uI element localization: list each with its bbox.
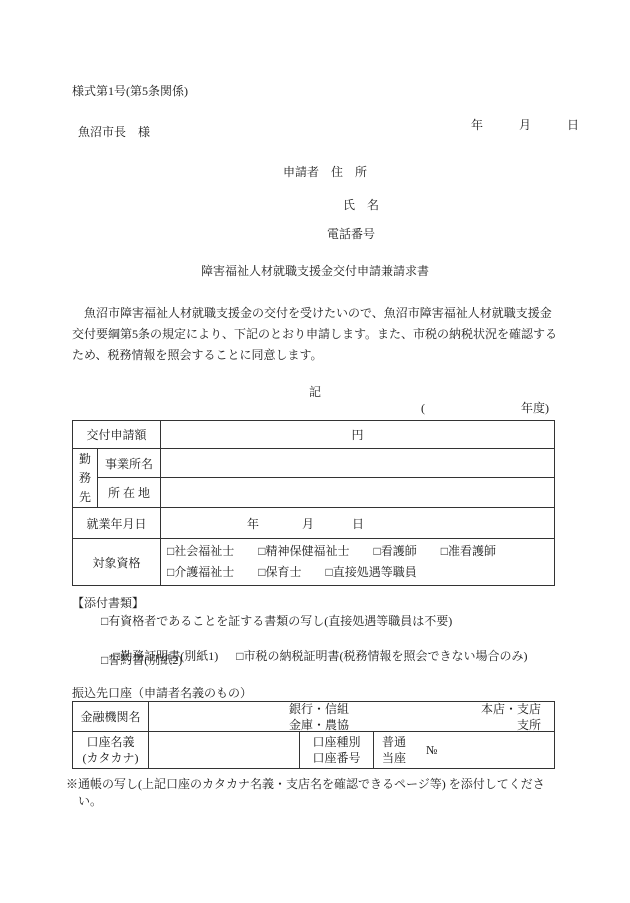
account-detail-content: 普通 当座№ <box>374 734 554 766</box>
account-name-value-cell <box>149 732 300 769</box>
account-name-label: 口座名義 (カタカナ) <box>73 732 149 769</box>
fiscal-year-line: ( 年度) <box>421 399 549 416</box>
office-address-label: 所 在 地 <box>98 478 161 508</box>
checkbox-care-worker: □介護福祉士 <box>167 565 234 579</box>
employment-date-label: 就業年月日 <box>73 508 161 539</box>
checkbox-social-worker: □社会福祉士 <box>167 544 234 558</box>
date-line: 年月日 <box>459 101 579 148</box>
qualification-label: 対象資格 <box>73 539 161 586</box>
applicant-phone-label: 電話番号 <box>327 225 375 242</box>
addressee: 魚沼市長 様 <box>78 123 150 140</box>
bank-account-table: 金融機関名 銀行・信組 金庫・農協 本店・支店 支所 口座名義 (カタカナ) 口… <box>72 701 555 769</box>
applicant-name-label: 氏 名 <box>343 196 379 213</box>
workplace-label: 勤 務 先 <box>73 449 98 508</box>
office-name-value-cell <box>161 449 555 478</box>
branch-type-options: 本店・支店 支所 <box>481 701 541 733</box>
qualification-row-1: □社会福祉士□精神保健福祉士□看護師□准看護師 <box>167 541 554 562</box>
application-form-page: 様式第1号(第5条関係) 年月日 魚沼市長 様 申請者 住 所 氏 名 電話番号… <box>0 0 630 903</box>
form-number: 様式第1号(第5条関係) <box>72 82 188 99</box>
date-month-label: 月 <box>519 118 531 132</box>
attachment-item-qualification-proof: □有資格者であることを証する書類の写し(直接処遇等職員は不要) <box>101 612 452 629</box>
account-number-prefix: № <box>426 743 437 758</box>
amount-value-cell: 円 <box>161 421 555 449</box>
body-paragraph: 魚沼市障害福祉人材就職支援金の交付を受けたいので、魚沼市障害福祉人材就職支援金 … <box>72 303 557 366</box>
checkbox-assistant-nurse: □准看護師 <box>441 544 496 558</box>
account-detail-cell: 普通 当座№ <box>374 732 555 769</box>
account-type-options: 普通 当座 <box>382 734 406 766</box>
institution-type-options: 銀行・信組 金庫・農協 <box>289 701 349 733</box>
institution-value-cell: 銀行・信組 金庫・農協 本店・支店 支所 <box>149 702 555 732</box>
employment-month-label: 月 <box>302 517 314 531</box>
attachment-item-pledge: □誓約書(別紙2) <box>101 651 182 668</box>
passbook-note: ※通帳の写し(上記口座のカタカナ名義・支店名を確認できるページ等) を添付してく… <box>66 776 545 810</box>
attachment-item-tax-certificate: □市税の納税証明書(税務情報を照会できない場合のみ) <box>236 649 527 663</box>
checkbox-nurse: □看護師 <box>374 544 417 558</box>
checkbox-direct-care-staff: □直接処遇等職員 <box>326 565 417 579</box>
account-meta-label: 口座種別 口座番号 <box>300 732 374 769</box>
employment-day-label: 日 <box>352 517 364 531</box>
office-name-label: 事業所名 <box>98 449 161 478</box>
record-marker: 記 <box>0 383 630 400</box>
qualification-options-cell: □社会福祉士□精神保健福祉士□看護師□准看護師 □介護福祉士□保育士□直接処遇等… <box>161 539 555 586</box>
checkbox-psychiatric-social-worker: □精神保健福祉士 <box>258 544 349 558</box>
grant-table: 交付申請額 円 勤 務 先 事業所名 所 在 地 就業年月日 年月日 対象資格 <box>72 420 555 586</box>
institution-label: 金融機関名 <box>73 702 149 732</box>
date-year-label: 年 <box>471 118 483 132</box>
qualification-row-2: □介護福祉士□保育士□直接処遇等職員 <box>167 562 554 583</box>
attachments-heading: 【添付書類】 <box>72 594 144 611</box>
amount-label: 交付申請額 <box>73 421 161 449</box>
checkbox-childcare-worker: □保育士 <box>258 565 301 579</box>
office-address-value-cell <box>161 478 555 508</box>
date-day-label: 日 <box>567 118 579 132</box>
bank-section-heading: 振込先口座（申請者名義のもの） <box>72 684 252 701</box>
applicant-address-label: 申請者 住 所 <box>283 163 367 180</box>
employment-year-label: 年 <box>247 517 259 531</box>
employment-date-cell: 年月日 <box>161 508 555 539</box>
document-title: 障害福祉人材就職支援金交付申請兼請求書 <box>0 262 630 279</box>
